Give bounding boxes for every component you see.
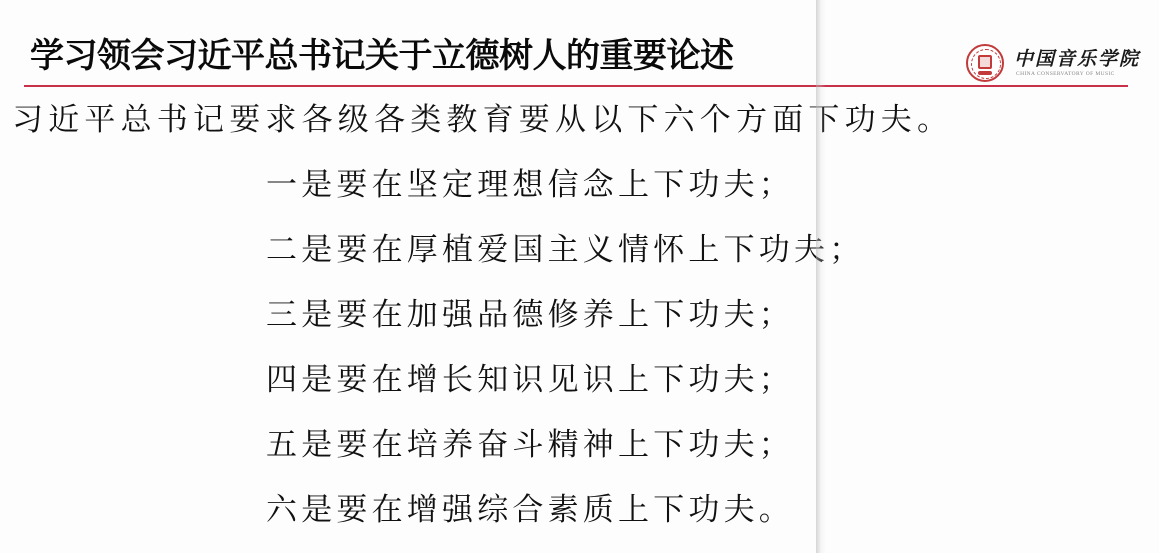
list-item: 二是要在厚植爱国主义情怀上下功夫； — [266, 225, 864, 290]
title-underline — [24, 85, 1128, 87]
list-item: 一是要在坚定理想信念上下功夫； — [266, 160, 864, 225]
list-item: 四是要在增长知识见识上下功夫； — [266, 355, 864, 420]
school-seal-icon — [966, 44, 1004, 82]
list-item: 三是要在加强品德修养上下功夫； — [266, 290, 864, 355]
seal-emblem — [978, 55, 992, 69]
intro-text: 习近平总书记要求各级各类教育要从以下六个方面下功夫。 — [12, 98, 953, 142]
seal-ribbon — [978, 71, 992, 75]
slide-title: 学习领会习近平总书记关于立德树人的重要论述 — [30, 34, 734, 78]
slide: 学习领会习近平总书记关于立德树人的重要论述 中国音乐学院 CHINA CONSE… — [0, 0, 1159, 553]
points-list: 一是要在坚定理想信念上下功夫； 二是要在厚植爱国主义情怀上下功夫； 三是要在加强… — [266, 160, 864, 550]
list-item: 五是要在培养奋斗精神上下功夫； — [266, 420, 864, 485]
logo-name-en: CHINA CONSERVATORY OF MUSIC — [1016, 71, 1115, 77]
logo-name-cn: 中国音乐学院 — [1014, 44, 1140, 71]
list-item: 六是要在增强综合素质上下功夫。 — [266, 485, 864, 550]
school-logo: 中国音乐学院 CHINA CONSERVATORY OF MUSIC — [966, 44, 1136, 84]
